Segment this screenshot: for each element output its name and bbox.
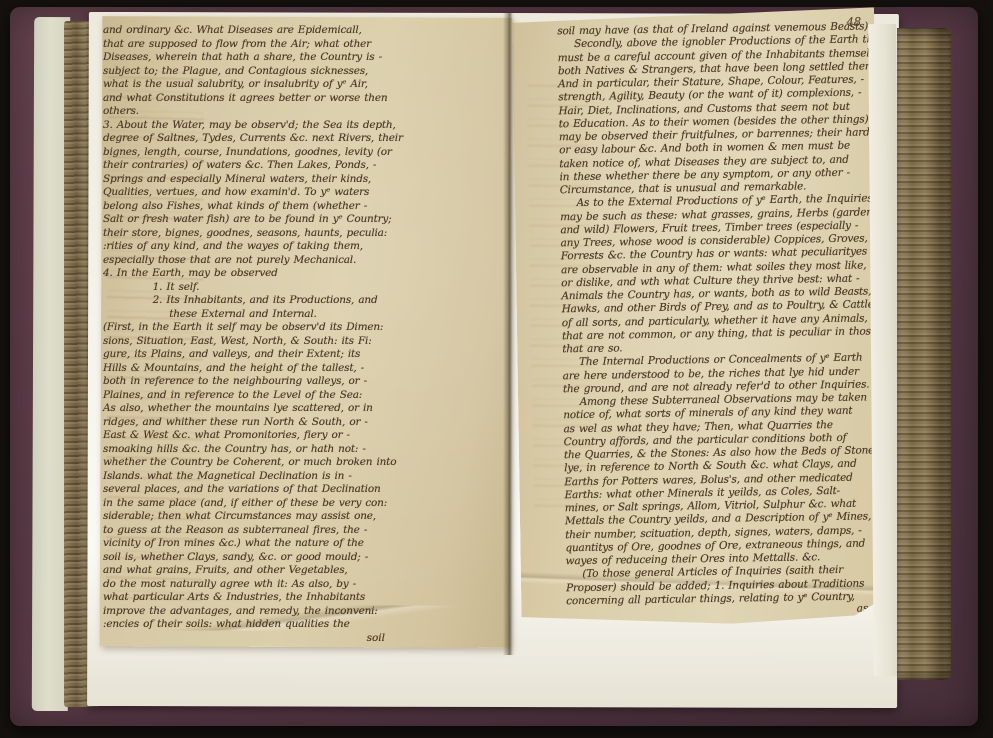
manuscript-line: siderable; then what Circumstances may a… <box>103 510 419 524</box>
manuscript-line: what is the usual salubrity, or insalubr… <box>103 78 419 92</box>
manuscript-line: bignes, length, course, Inundations, goo… <box>103 146 419 160</box>
manuscript-line: vicinity of Iron mines &c.) what the nat… <box>103 537 419 551</box>
fore-edge-right <box>897 28 951 680</box>
manuscript-page-right: 48 soil may have (as that of Ireland aga… <box>512 7 884 627</box>
manuscript-line: and what grains, Fruits, and other Veget… <box>103 564 419 578</box>
manuscript-line: subject to; the Plague, and Contagious s… <box>103 65 419 79</box>
manuscript-line: belong also Fishes, what kinds of them (… <box>103 200 419 214</box>
manuscript-line: Springs and especially Mineral waters, t… <box>103 173 419 187</box>
manuscript-line: both in reference to the neighbouring va… <box>103 375 419 389</box>
manuscript-line: As also, whether the mountains lye scatt… <box>103 402 419 416</box>
manuscript-line: Plaines, and in reference to the Level o… <box>103 389 419 403</box>
manuscript-line: smoaking hills &c. the Country has, or h… <box>103 443 419 457</box>
manuscript-text-right: soil may have (as that of Ireland agains… <box>557 20 882 608</box>
catchword-left-wrap: soil <box>103 632 419 646</box>
manuscript-line: these External and Internal. <box>103 308 419 322</box>
manuscript-line: do the most naturally agree wth it: As a… <box>103 578 419 592</box>
manuscript-line: 4. In the Earth, may be observed <box>103 267 419 281</box>
manuscript-line: Islands. what the Magnetical Declination… <box>103 470 419 484</box>
manuscript-line: Qualities, vertues, and how examin'd. To… <box>103 186 419 200</box>
manuscript-line: 2. Its Inhabitants, and its Productions,… <box>103 294 419 308</box>
manuscript-line: :rities of any kind, and the wayes of ta… <box>103 240 419 254</box>
manuscript-line: others. <box>103 105 419 119</box>
manuscript-line: their contraries) of waters &c. Then Lak… <box>103 159 419 173</box>
manuscript-line: :encies of their soils: what hidden qual… <box>103 618 419 632</box>
manuscript-line: 1. It self. <box>103 281 419 295</box>
manuscript-line: their store, bignes, goodnes, seasons, h… <box>103 227 419 241</box>
gutter-shadow <box>503 13 515 655</box>
catchword: soil <box>103 632 419 646</box>
manuscript-line: improve the advantages, and remedy, the … <box>103 605 419 619</box>
manuscript-line: whether the Country be Coherent, or much… <box>103 456 419 470</box>
manuscript-line: and what Constitutions it agrees better … <box>103 92 419 106</box>
manuscript-line: degree of Saltnes, Tydes, Currents &c. n… <box>103 132 419 146</box>
manuscript-line: gure, its Plains, and valleys, and their… <box>103 348 419 362</box>
manuscript-line: and ordinary &c. What Diseases are Epide… <box>103 24 419 38</box>
manuscript-line: Diseases, wherein that hath a share, the… <box>103 51 419 65</box>
manuscript-line: in the same place (and, if either of the… <box>103 497 419 511</box>
manuscript-line: Salt or fresh water fish) are to be foun… <box>103 213 419 227</box>
manuscript-line: Hills & Mountains, and the height of the… <box>103 362 419 376</box>
photograph-of-open-manuscript: { "document": { "kind": "handwritten man… <box>0 0 993 738</box>
manuscript-line: soil is, whether Clays, sandy, &c. or go… <box>103 551 419 565</box>
manuscript-line: 3. About the Water, may be observ'd; the… <box>103 119 419 133</box>
manuscript-line: East & West &c. what Promonitories, fier… <box>103 429 419 443</box>
manuscript-line: ridges, and whither these run North & So… <box>103 416 419 430</box>
manuscript-line: that are supposed to flow from the Air; … <box>103 38 419 52</box>
manuscript-line: sions, Situation, East, West, North, & S… <box>103 335 419 349</box>
manuscript-line: what particular Arts & Industries, the I… <box>103 591 419 605</box>
manuscript-text-left: and ordinary &c. What Diseases are Epide… <box>103 24 419 632</box>
manuscript-line: especially those that are not purely Mec… <box>103 254 419 268</box>
manuscript-line: several places, and the variations of th… <box>103 483 419 497</box>
manuscript-line: (First, in the Earth it self may be obse… <box>103 321 419 335</box>
manuscript-line: to guess at the Reason as subterraneal f… <box>103 524 419 538</box>
